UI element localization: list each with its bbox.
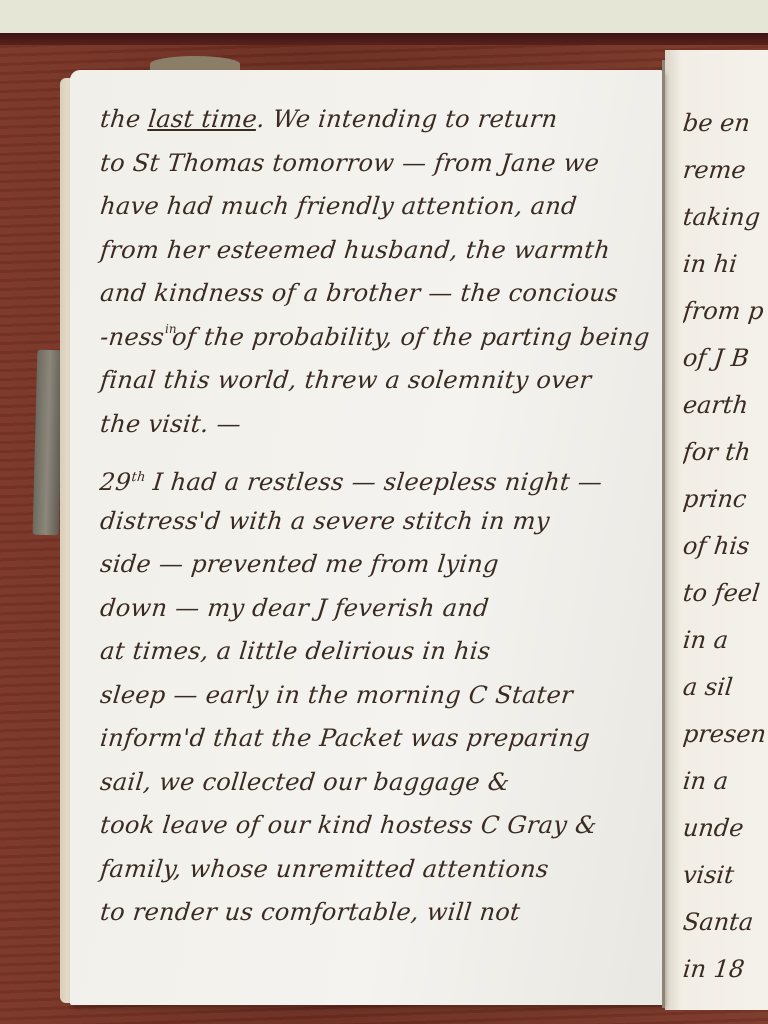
manuscript-line: a sil <box>683 664 768 711</box>
board-shadow <box>0 33 768 45</box>
left-page-text: the last time. We intending to return to… <box>98 98 658 935</box>
book-gutter <box>662 60 665 1008</box>
manuscript-line: earth <box>683 382 768 429</box>
manuscript-line: inform'd that the Packet was preparing <box>98 717 663 761</box>
right-page-text: be en reme taking in hi from p of J B ea… <box>683 100 768 993</box>
manuscript-line: side — prevented me from lying <box>98 543 663 587</box>
manuscript-line: for th <box>683 429 768 476</box>
manuscript-line: in a <box>683 758 768 805</box>
manuscript-line: Santa <box>683 899 768 946</box>
manuscript-line: in hi <box>683 241 768 288</box>
manuscript-line: and kindness of a brother — the concious <box>98 272 663 316</box>
manuscript-line: of his <box>683 523 768 570</box>
manuscript-line: to render us comfortable, will not <box>98 891 663 935</box>
underlined-phrase: last time <box>147 105 259 133</box>
manuscript-line: down — my dear J feverish and <box>98 587 663 631</box>
manuscript-line: be en <box>683 100 768 147</box>
manuscript-line: presen <box>683 711 768 758</box>
line-text: I had a restless — sleepless night — <box>144 468 604 496</box>
manuscript-line: taking <box>683 194 768 241</box>
line-text: . We intending to return <box>256 105 559 133</box>
entry-date: 29 <box>98 468 132 496</box>
line-text: the <box>99 105 150 133</box>
manuscript-line: the last time. We intending to return <box>98 98 663 142</box>
manuscript-line: sleep — early in the morning C Stater <box>98 674 663 718</box>
background-board <box>0 0 768 33</box>
manuscript-line: of J B <box>683 335 768 382</box>
manuscript-line: to St Thomas tomorrow — from Jane we <box>98 142 663 186</box>
manuscript-line: distress'd with a severe stitch in my <box>98 500 663 544</box>
manuscript-line: from her esteemed husband, the warmth <box>98 229 663 273</box>
interlinear-insertion: in <box>165 322 177 336</box>
manuscript-line: reme <box>683 147 768 194</box>
manuscript-line: in 18 <box>683 946 768 993</box>
manuscript-line: sail, we collected our baggage & <box>98 761 663 805</box>
manuscript-line: princ <box>683 476 768 523</box>
manuscript-line: family, whose unremitted attentions <box>98 848 663 892</box>
manuscript-line: in a <box>683 617 768 664</box>
manuscript-line: have had much friendly attention, and <box>98 185 663 229</box>
torn-binding-fragment <box>33 350 64 536</box>
manuscript-line: visit <box>683 852 768 899</box>
manuscript-line: unde <box>683 805 768 852</box>
manuscript-line: took leave of our kind hostess C Gray & <box>98 804 663 848</box>
manuscript-line: at times, a little delirious in his <box>98 630 663 674</box>
manuscript-line: -ness of the probability, of the parting… <box>98 316 663 360</box>
manuscript-line: final this world, threw a solemnity over <box>98 359 663 403</box>
manuscript-line: from p <box>683 288 768 335</box>
manuscript-line: the visit. — <box>98 403 663 447</box>
diary-entry-start: 29th I had a restless — sleepless night … <box>98 456 663 500</box>
manuscript-line: to feel <box>683 570 768 617</box>
